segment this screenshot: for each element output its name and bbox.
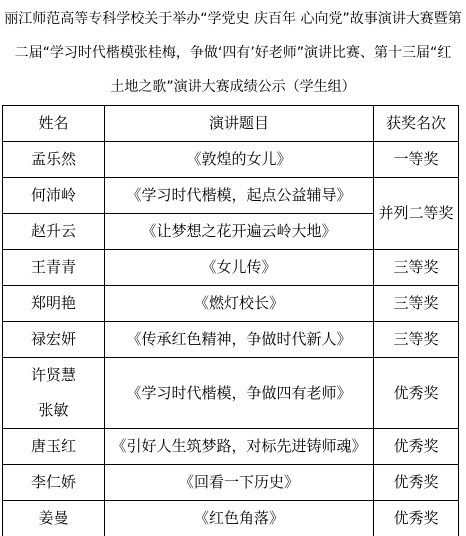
speech-title-cell: 《引好人生筑梦路，对标先进铸师魂》 [105,429,374,465]
name-cell: 禄宏妍 [3,322,105,358]
name-cell: 孟乐然 [3,142,105,178]
award-cell: 三等奖 [374,322,459,358]
speech-title-cell: 《学习时代楷模，起点公益辅导》 [105,178,374,214]
name-cell: 许贤慧 张敏 [3,358,105,429]
speech-title-cell: 《传承红色精神，争做时代新人》 [105,322,374,358]
table-row: 王青青 《女儿传》 三等奖 [3,250,459,286]
title-line: 二届“学习时代楷模张桂梅，争做‘四有’好老师”演讲比赛、第十三届“红 [0,36,466,70]
speech-title-cell: 《燃灯校长》 [105,286,374,322]
results-table: 姓名 演讲题目 获奖名次 孟乐然 《敦煌的女儿》 一等奖 何沛岭 《学习时代楷模… [2,105,459,536]
speech-title-cell: 《学习时代楷模，争做四有老师》 [105,358,374,429]
award-cell: 优秀奖 [374,429,459,465]
title-line: 丽江师范高等专科学校关于举办“学党史 庆百年 心向党”故事演讲大赛暨第 [0,2,466,36]
table-row: 郑明艳 《燃灯校长》 三等奖 [3,286,459,322]
name-cell: 赵升云 [3,214,105,250]
document-page: 丽江师范高等专科学校关于举办“学党史 庆百年 心向党”故事演讲大赛暨第 二届“学… [0,0,466,536]
name-cell: 郑明艳 [3,286,105,322]
name-cell: 王青青 [3,250,105,286]
award-cell: 优秀奖 [374,501,459,536]
name-cell: 姜曼 [3,501,105,536]
title-line: 土地之歌”演讲大赛成绩公示（学生组） [0,70,466,104]
header-name: 姓名 [3,106,105,142]
speech-title-cell: 《让梦想之花开遍云岭大地》 [105,214,374,250]
document-title: 丽江师范高等专科学校关于举办“学党史 庆百年 心向党”故事演讲大赛暨第 二届“学… [0,0,466,104]
name-cell: 唐玉红 [3,429,105,465]
table-row: 李仁娇 《回看一下历史》 优秀奖 [3,465,459,501]
speech-title-cell: 《敦煌的女儿》 [105,142,374,178]
table-header-row: 姓名 演讲题目 获奖名次 [3,106,459,142]
table-row: 姜曼 《红色角落》 优秀奖 [3,501,459,536]
header-speech-title: 演讲题目 [105,106,374,142]
speech-title-cell: 《回看一下历史》 [105,465,374,501]
table-row: 许贤慧 张敏 《学习时代楷模，争做四有老师》 优秀奖 [3,358,459,429]
award-cell: 优秀奖 [374,358,459,429]
table-row: 禄宏妍 《传承红色精神，争做时代新人》 三等奖 [3,322,459,358]
name-cell: 李仁娇 [3,465,105,501]
name-cell: 何沛岭 [3,178,105,214]
table-row: 唐玉红 《引好人生筑梦路，对标先进铸师魂》 优秀奖 [3,429,459,465]
award-cell: 优秀奖 [374,465,459,501]
header-award: 获奖名次 [374,106,459,142]
award-cell: 一等奖 [374,142,459,178]
award-cell: 三等奖 [374,250,459,286]
table-row: 孟乐然 《敦煌的女儿》 一等奖 [3,142,459,178]
award-cell-merged: 并列二等奖 [374,178,459,250]
speech-title-cell: 《红色角落》 [105,501,374,536]
award-cell: 三等奖 [374,286,459,322]
table-row: 何沛岭 《学习时代楷模，起点公益辅导》 并列二等奖 [3,178,459,214]
speech-title-cell: 《女儿传》 [105,250,374,286]
